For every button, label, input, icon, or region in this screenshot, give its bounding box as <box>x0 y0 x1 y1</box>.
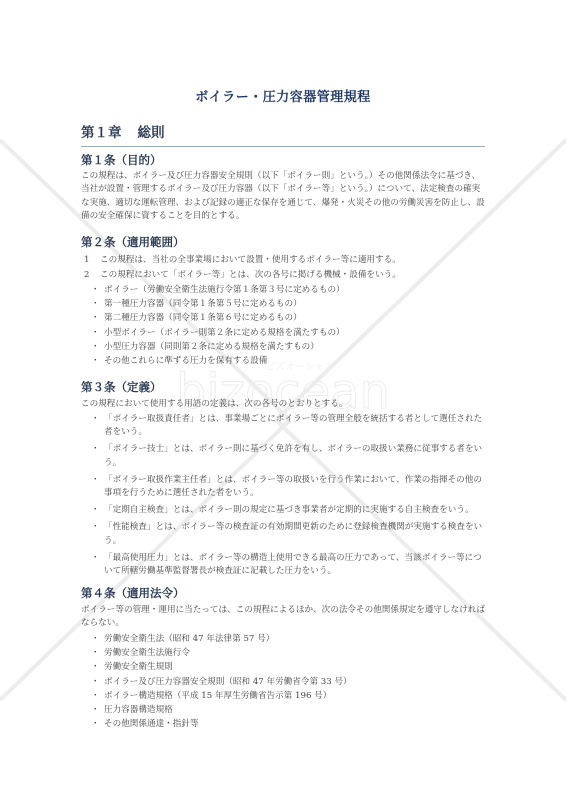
article-3-heading: 第３条（定義） <box>81 379 162 395</box>
article-1-heading: 第１条（目的） <box>81 152 162 168</box>
list-item: 第二種圧力容器（同令第１条第６号に定めるもの） <box>94 311 484 325</box>
list-item: 第一種圧力容器（同令第１条第５号に定めるもの） <box>94 297 484 311</box>
list-item: 圧力容器構造規格 <box>94 703 484 717</box>
list-item: 小型圧力容器（同則第２条に定める規格を満たすもの） <box>94 340 484 354</box>
article-2-item-2: 2この規程において「ボイラー等」とは、次の各号に掲げる機械・設備をいう。 <box>81 268 485 283</box>
list-item: 「定期自主検査」とは、ボイラー則の規定に基づき事業者が定期的に実施する自主検査を… <box>94 504 484 517</box>
list-item: 「性能検査」とは、ボイラー等の検査証の有効期間更新のために登録検査機関が実施する… <box>94 521 484 547</box>
article-3-definition-list: 「ボイラー取扱責任者」とは、事業場ごとにボイラー等の管理全般を統括する者として選… <box>94 413 484 582</box>
list-item: 労働安全衛生法施行令 <box>94 646 484 660</box>
list-item: ボイラー及び圧力容器安全規則（昭和 47 年労働省令第 33 号） <box>94 675 484 689</box>
article-3-body: この規程において使用する用語の定義は、次の各号のとおりとする。 <box>81 398 485 411</box>
article-2-bullet-list: ボイラー（労働安全衛生法施行令第１条第３号に定めるもの） 第一種圧力容器（同令第… <box>94 283 484 368</box>
list-item: その他関係通達・指針等 <box>94 717 484 731</box>
document-title: ボイラー・圧力容器管理規程 <box>81 86 485 105</box>
article-4-body: ボイラー等の管理・運用に当たっては、この規程によるほか、次の法令その他関係規定を… <box>81 604 485 631</box>
article-4-law-list: 労働安全衛生法（昭和 47 年法律第 57 号） 労働安全衛生法施行令 労働安全… <box>94 632 484 731</box>
chapter-title: 総則 <box>138 125 165 141</box>
article-1-body: この規程は、ボイラー及び圧力容器安全規則（以下「ボイラー則」という。）その他関係… <box>81 170 485 224</box>
article-4-heading: 第４条（適用法令） <box>81 585 185 601</box>
list-item: 「ボイラー技士」とは、ボイラー則に基づく免許を有し、ボイラーの取扱い業務に従事す… <box>94 443 484 469</box>
list-item: 労働安全衛生法（昭和 47 年法律第 57 号） <box>94 632 484 646</box>
list-item: ボイラー構造規格（平成 15 年厚生労働省告示第 196 号） <box>94 689 484 703</box>
list-item: その他これらに準ずる圧力を保有する設備 <box>94 354 484 368</box>
list-item: 「ボイラー取扱責任者」とは、事業場ごとにボイラー等の管理全般を統括する者として選… <box>94 413 484 439</box>
chapter-number: 第１章 <box>81 125 122 141</box>
list-item: 労働安全衛生規則 <box>94 660 484 674</box>
list-item: 小型ボイラー（ボイラー則第２条に定める規格を満たすもの） <box>94 326 484 340</box>
list-item: ボイラー（労働安全衛生法施行令第１条第３号に定めるもの） <box>94 283 484 297</box>
list-item: 「最高使用圧力」とは、ボイラー等の構造上使用できる最高の圧力であって、当該ボイラ… <box>94 552 484 578</box>
article-2-item-1: 1この規程は、当社の全事業場において設置・使用するボイラー等に適用する。 <box>81 253 485 268</box>
article-2-heading: 第２条（適用範囲） <box>81 234 185 250</box>
chapter-heading: 第１章総則 <box>81 121 485 147</box>
watermark-text: bizocean <box>176 364 390 420</box>
list-item: 「ボイラー取扱作業主任者」とは、ボイラー等の取扱いを行う作業において、作業の指揮… <box>94 474 484 500</box>
